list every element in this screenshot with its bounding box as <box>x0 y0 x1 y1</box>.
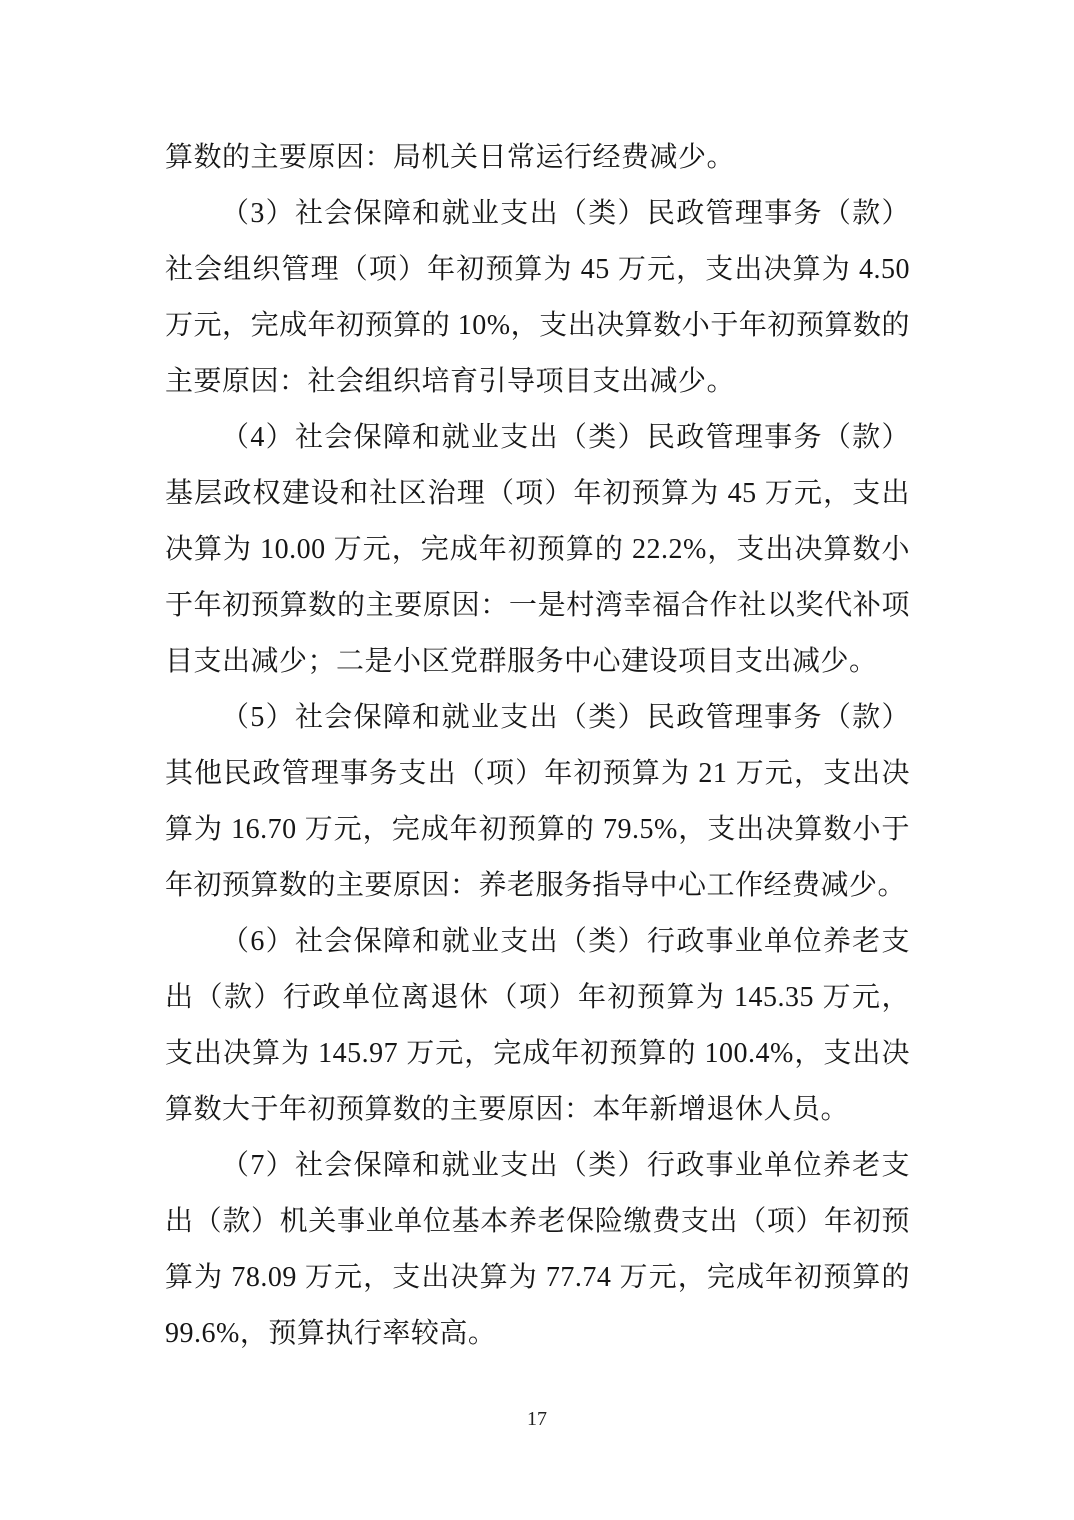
text-line: 目支出减少；二是小区党群服务中心建设项目支出减少。 <box>165 634 910 690</box>
text-line: （3）社会保障和就业支出（类）民政管理事务（款） <box>165 186 910 242</box>
text-line: （5）社会保障和就业支出（类）民政管理事务（款） <box>165 690 910 746</box>
paragraph: 算数的主要原因：局机关日常运行经费减少。 <box>165 130 910 186</box>
document-body: 算数的主要原因：局机关日常运行经费减少。（3）社会保障和就业支出（类）民政管理事… <box>165 130 910 1362</box>
paragraph: （6）社会保障和就业支出（类）行政事业单位养老支出（款）行政单位离退休（项）年初… <box>165 914 910 1138</box>
text-line: 主要原因：社会组织培育引导项目支出减少。 <box>165 354 910 410</box>
text-line: 其他民政管理事务支出（项）年初预算为 21 万元，支出决 <box>165 746 910 802</box>
paragraph: （7）社会保障和就业支出（类）行政事业单位养老支出（款）机关事业单位基本养老保险… <box>165 1138 910 1362</box>
text-line: 基层政权建设和社区治理（项）年初预算为 45 万元，支出 <box>165 466 910 522</box>
text-line: 算数大于年初预算数的主要原因：本年新增退休人员。 <box>165 1082 910 1138</box>
text-line: （6）社会保障和就业支出（类）行政事业单位养老支 <box>165 914 910 970</box>
text-line: 决算为 10.00 万元，完成年初预算的 22.2%，支出决算数小 <box>165 522 910 578</box>
text-line: 年初预算数的主要原因：养老服务指导中心工作经费减少。 <box>165 858 910 914</box>
paragraph: （5）社会保障和就业支出（类）民政管理事务（款）其他民政管理事务支出（项）年初预… <box>165 690 910 914</box>
paragraph: （3）社会保障和就业支出（类）民政管理事务（款）社会组织管理（项）年初预算为 4… <box>165 186 910 410</box>
paragraph: （4）社会保障和就业支出（类）民政管理事务（款）基层政权建设和社区治理（项）年初… <box>165 410 910 690</box>
text-line: 算为 16.70 万元，完成年初预算的 79.5%，支出决算数小于 <box>165 802 910 858</box>
text-line: 于年初预算数的主要原因：一是村湾幸福合作社以奖代补项 <box>165 578 910 634</box>
text-line: 万元，完成年初预算的 10%，支出决算数小于年初预算数的 <box>165 298 910 354</box>
text-line: 社会组织管理（项）年初预算为 45 万元，支出决算为 4.50 <box>165 242 910 298</box>
text-line: 出（款）机关事业单位基本养老保险缴费支出（项）年初预 <box>165 1194 910 1250</box>
text-line: 算为 78.09 万元，支出决算为 77.74 万元，完成年初预算的 <box>165 1250 910 1306</box>
text-line: 算数的主要原因：局机关日常运行经费减少。 <box>165 130 910 186</box>
text-line: （7）社会保障和就业支出（类）行政事业单位养老支 <box>165 1138 910 1194</box>
document-page: 算数的主要原因：局机关日常运行经费减少。（3）社会保障和就业支出（类）民政管理事… <box>0 0 1074 1520</box>
text-line: 99.6%，预算执行率较高。 <box>165 1306 910 1362</box>
text-line: （4）社会保障和就业支出（类）民政管理事务（款） <box>165 410 910 466</box>
text-line: 支出决算为 145.97 万元，完成年初预算的 100.4%，支出决 <box>165 1026 910 1082</box>
page-number: 17 <box>0 1406 1074 1432</box>
text-line: 出（款）行政单位离退休（项）年初预算为 145.35 万元， <box>165 970 910 1026</box>
